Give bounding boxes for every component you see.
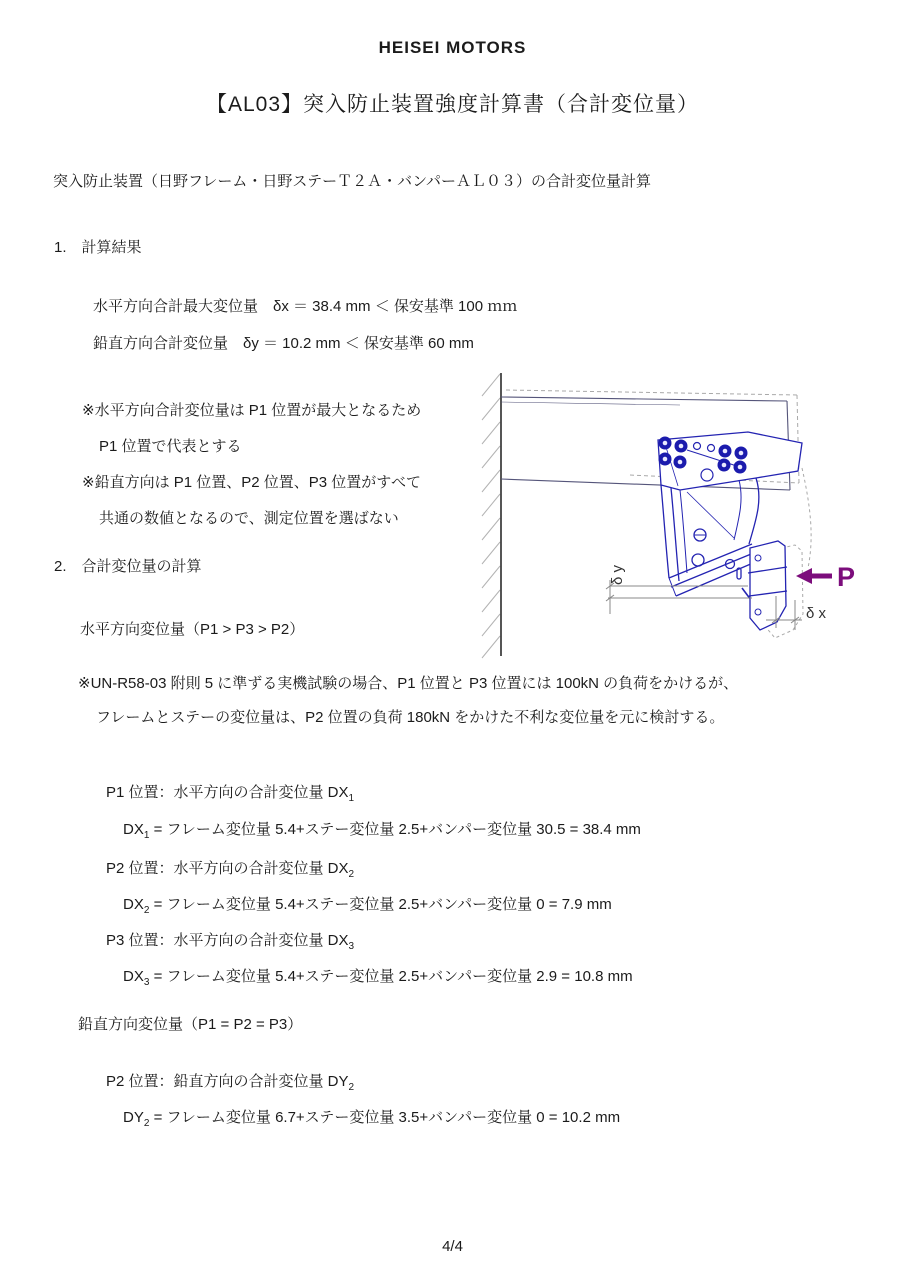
calc-p3-label-text: P3 位置：水平方向の合計変位量 DX: [106, 932, 349, 949]
company-header: HEISEI MOTORS: [0, 38, 905, 58]
calc-p2-label-text: P2 位置：水平方向の合計変位量 DX: [106, 860, 349, 877]
calc-p1-eq-rest: = フレーム変位量 5.4+ステー変位量 2.5+バンパー変位量 30.5 = …: [149, 821, 641, 838]
calc-p1-label-sub: 1: [349, 793, 355, 804]
calc-p2-label: P2 位置：水平方向の合計変位量 DX2: [106, 860, 354, 881]
dim-delta-y: [606, 580, 752, 614]
calc-dy-eq-sym: DY: [123, 1109, 144, 1126]
calc-p3-eq-rest: = フレーム変位量 5.4+ステー変位量 2.5+バンパー変位量 2.9 = 1…: [149, 968, 632, 985]
delta-x-label: δ x: [806, 605, 827, 622]
calc-dy-label-text: P2 位置：鉛直方向の合計変位量 DY: [106, 1073, 349, 1090]
page-number: 4/4: [0, 1238, 905, 1256]
calc-p2-equation: DX2 = フレーム変位量 5.4+ステー変位量 2.5+バンパー変位量 0 =…: [123, 896, 612, 917]
calc-p2-label-sub: 2: [349, 869, 355, 880]
note-vertical-line2: 共通の数値となるので、測定位置を選ばない: [99, 510, 399, 528]
calc-dy-eq-rest: = フレーム変位量 6.7+ステー変位量 3.5+バンパー変位量 0 = 10.…: [149, 1109, 620, 1126]
result-horizontal: 水平方向合計最大変位量 δx ＝ 38.4 mm ＜ 保安基準 100 ｍｍ: [93, 298, 517, 316]
result-vertical: 鉛直方向合計変位量 δy ＝ 10.2 mm ＜ 保安基準 60 mm: [93, 335, 474, 353]
wall-hatching: [482, 374, 500, 658]
document-title: 【AL03】突入防止装置強度計算書（合計変位量）: [0, 92, 905, 117]
note-vertical-line1: ※鉛直方向は P1 位置、P2 位置、P3 位置がすべて: [82, 474, 421, 492]
note-horizontal-line2: P1 位置で代表とする: [99, 438, 242, 456]
displacement-diagram: δ y δ x P: [480, 368, 905, 668]
section2-heading: 2. 合計変位量の計算: [54, 558, 202, 576]
force-arrow-icon: [796, 568, 832, 584]
force-label: P: [837, 562, 855, 592]
document-page: HEISEI MOTORS 【AL03】突入防止装置強度計算書（合計変位量） 突…: [0, 0, 905, 1280]
calc-dy-label: P2 位置：鉛直方向の合計変位量 DY2: [106, 1073, 354, 1094]
delta-y-label: δ y: [609, 564, 626, 585]
calc-p3-eq-sym: DX: [123, 968, 144, 985]
calc-p3-equation: DX3 = フレーム変位量 5.4+ステー変位量 2.5+バンパー変位量 2.9…: [123, 968, 633, 989]
calc-p1-label: P1 位置：水平方向の合計変位量 DX1: [106, 784, 354, 805]
bumper-solid: [748, 541, 787, 630]
calc-p3-label: P3 位置：水平方向の合計変位量 DX3: [106, 932, 354, 953]
calc-p1-label-text: P1 位置：水平方向の合計変位量 DX: [106, 784, 349, 801]
calc-p3-label-sub: 3: [349, 941, 355, 952]
un-note-line2: フレームとステーの変位量は、P2 位置の負荷 180kN をかけた不利な変位量を…: [96, 709, 724, 727]
calc-p2-eq-rest: = フレーム変位量 5.4+ステー変位量 2.5+バンパー変位量 0 = 7.9…: [149, 896, 611, 913]
calc-p1-eq-sym: DX: [123, 821, 144, 838]
calc-dy-equation: DY2 = フレーム変位量 6.7+ステー変位量 3.5+バンパー変位量 0 =…: [123, 1109, 620, 1130]
calc-p1-equation: DX1 = フレーム変位量 5.4+ステー変位量 2.5+バンパー変位量 30.…: [123, 821, 641, 842]
calc-dy-label-sub: 2: [349, 1082, 355, 1093]
un-note-line1: ※UN-R58-03 附則 5 に準ずる実機試験の場合、P1 位置と P3 位置…: [78, 675, 738, 693]
vertical-heading: 鉛直方向変位量（P1 = P2 = P3）: [78, 1016, 302, 1034]
horizontal-heading: 水平方向変位量（P1 > P3 > P2）: [80, 621, 304, 639]
section1-heading: 1. 計算結果: [54, 239, 142, 257]
document-subtitle: 突入防止装置（日野フレーム・日野ステーＴ２Ａ・バンパーＡＬ０３）の合計変位量計算: [53, 173, 651, 191]
calc-p2-eq-sym: DX: [123, 896, 144, 913]
note-horizontal-line1: ※水平方向合計変位量は P1 位置が最大となるため: [82, 402, 421, 420]
